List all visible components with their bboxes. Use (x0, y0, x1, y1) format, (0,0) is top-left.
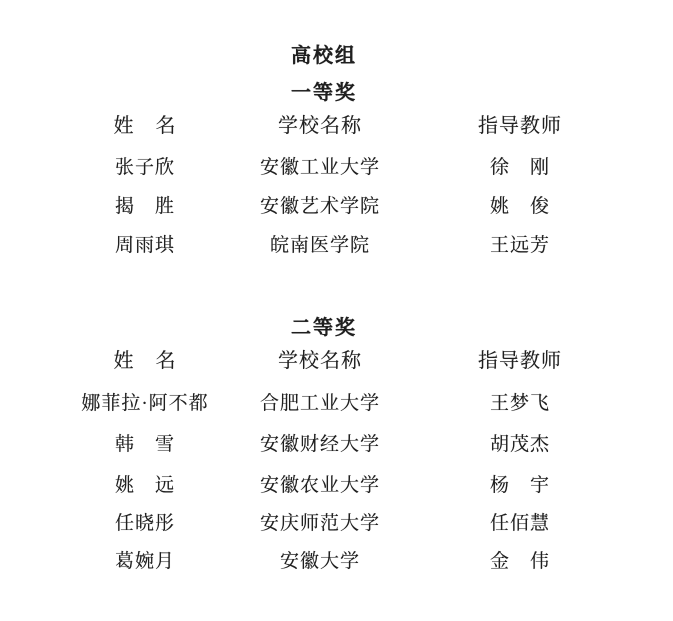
column-header-teacher: 指导教师 (390, 113, 650, 139)
award-title-second-prize: 二等奖 (0, 315, 648, 341)
school-name: 安徽工业大学 (250, 155, 390, 181)
table-row: 任晓彤 安庆师范大学 任佰慧 (0, 511, 673, 537)
table-row: 娜菲拉·阿不都 合肥工业大学 王梦飞 (0, 391, 673, 417)
winner-name: 姚 远 (40, 473, 250, 499)
winner-name: 娜菲拉·阿不都 (40, 391, 250, 417)
school-name: 皖南医学院 (250, 233, 390, 259)
winner-name: 周雨琪 (40, 233, 250, 259)
teacher-name: 王远芳 (390, 233, 650, 259)
table-row: 葛婉月 安徽大学 金 伟 (0, 549, 673, 575)
winner-name: 葛婉月 (40, 549, 250, 575)
table-row: 周雨琪 皖南医学院 王远芳 (0, 233, 673, 259)
document-page: 高校组 一等奖 姓 名 学校名称 指导教师 张子欣 安徽工业大学 徐 刚 揭 胜… (0, 0, 673, 621)
table-row: 姚 远 安徽农业大学 杨 宇 (0, 473, 673, 499)
table-row: 揭 胜 安徽艺术学院 姚 俊 (0, 194, 673, 220)
column-header-teacher: 指导教师 (390, 348, 650, 374)
column-header-row: 姓 名 学校名称 指导教师 (0, 113, 673, 139)
table-row: 韩 雪 安徽财经大学 胡茂杰 (0, 432, 673, 458)
winner-name: 张子欣 (40, 155, 250, 181)
teacher-name: 王梦飞 (390, 391, 650, 417)
teacher-name: 胡茂杰 (390, 432, 650, 458)
teacher-name: 姚 俊 (390, 194, 650, 220)
school-name: 安徽农业大学 (250, 473, 390, 499)
group-title: 高校组 (0, 43, 648, 69)
column-header-name: 姓 名 (40, 348, 250, 374)
school-name: 安徽艺术学院 (250, 194, 390, 220)
winner-name: 揭 胜 (40, 194, 250, 220)
school-name: 安庆师范大学 (250, 511, 390, 537)
column-header-row: 姓 名 学校名称 指导教师 (0, 348, 673, 374)
school-name: 合肥工业大学 (250, 391, 390, 417)
column-header-school: 学校名称 (250, 113, 390, 139)
school-name: 安徽大学 (250, 549, 390, 575)
table-row: 张子欣 安徽工业大学 徐 刚 (0, 155, 673, 181)
school-name: 安徽财经大学 (250, 432, 390, 458)
teacher-name: 杨 宇 (390, 473, 650, 499)
winner-name: 任晓彤 (40, 511, 250, 537)
winner-name: 韩 雪 (40, 432, 250, 458)
column-header-name: 姓 名 (40, 113, 250, 139)
column-header-school: 学校名称 (250, 348, 390, 374)
teacher-name: 金 伟 (390, 549, 650, 575)
teacher-name: 徐 刚 (390, 155, 650, 181)
award-title-first-prize: 一等奖 (0, 80, 648, 106)
teacher-name: 任佰慧 (390, 511, 650, 537)
